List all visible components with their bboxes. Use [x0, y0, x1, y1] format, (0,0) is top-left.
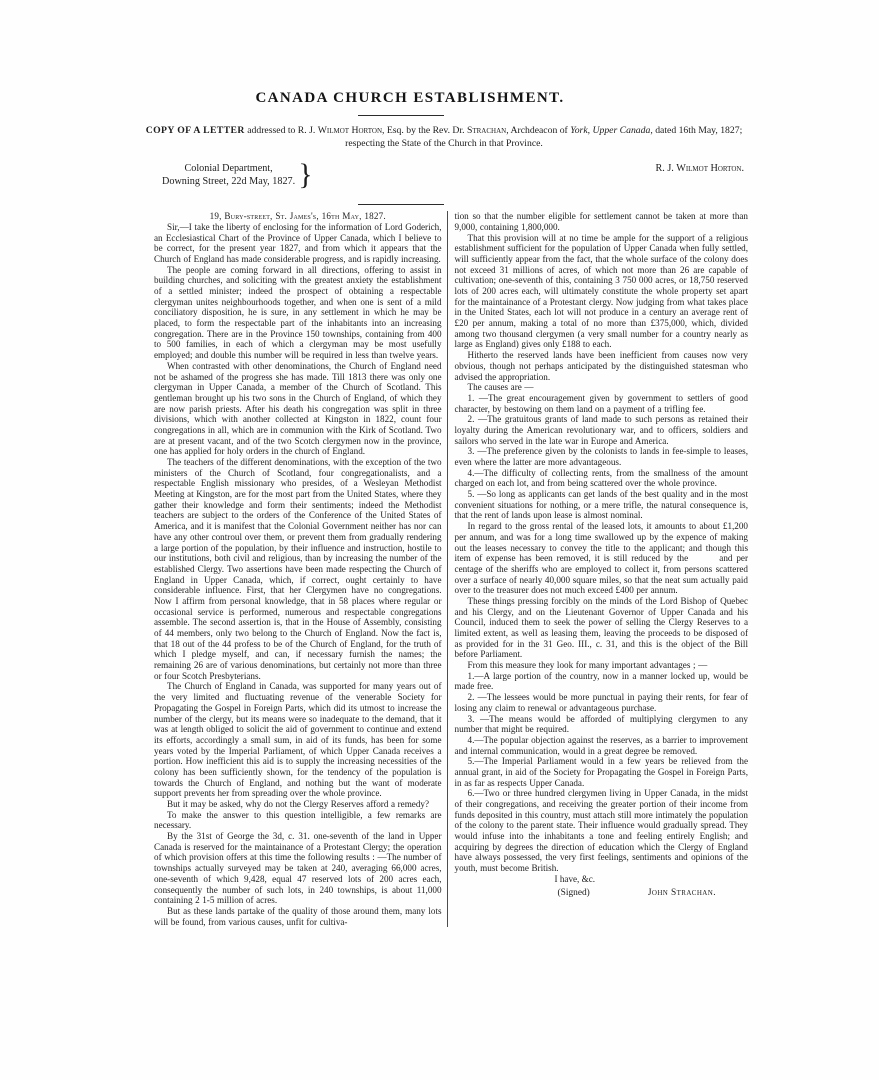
paragraph: But it may be asked, why do not the Cler… — [154, 799, 442, 810]
title-divider-rule — [358, 115, 444, 116]
letter-subtitle: COPY OF A LETTER addressed to R. J. Wilm… — [140, 125, 748, 150]
document-content: CANADA CHURCH ESTABLISHMENT. COPY OF A L… — [140, 90, 748, 927]
subtitle-segment: York, Upper Canada — [570, 125, 650, 136]
dateline-address: Colonial Department, Downing Street, 22d… — [162, 162, 295, 188]
paragraph: 19, Bury-street, St. James's, 16th May, … — [154, 211, 442, 222]
paragraph: By the 31st of George the 3d, c. 31. one… — [154, 831, 442, 906]
section-divider-rule — [358, 204, 444, 205]
paragraph: The people are coming forward in all dir… — [154, 265, 442, 361]
subtitle-segment: Strachan — [467, 125, 506, 136]
paragraph: When contrasted with other denominations… — [154, 361, 442, 457]
dateline-left-block: Colonial Department, Downing Street, 22d… — [162, 161, 313, 189]
paragraph: 1.—A large portion of the country, now i… — [455, 671, 748, 692]
paragraph: 2. —The gratuitous grants of land made t… — [455, 414, 748, 446]
paragraph: In regard to the gross rental of the lea… — [455, 521, 748, 596]
right-column: tion so that the number eligible for set… — [448, 211, 748, 927]
addressee-name: R. J. Wilmot Horton. — [655, 163, 744, 174]
paragraph: 4.—The popular objection against the res… — [455, 735, 748, 756]
right-column-text: tion so that the number eligible for set… — [455, 211, 748, 874]
paragraph: Hitherto the reserved lands have been in… — [455, 350, 748, 382]
paragraph: 1. —The great encouragement given by gov… — [455, 393, 748, 414]
dateline-department: Colonial Department, — [162, 162, 295, 175]
paragraph: 5.—The Imperial Parliament would in a fe… — [455, 756, 748, 788]
page-title: CANADA CHURCH ESTABLISHMENT. — [106, 90, 714, 107]
paragraph: tion so that the number eligible for set… — [455, 211, 748, 232]
subtitle-segment: COPY OF A LETTER — [146, 125, 245, 136]
subtitle-segment: , Archdeacon of — [506, 125, 570, 136]
signed-label: (Signed) — [558, 888, 590, 898]
paragraph: 3. —The preference given by the colonist… — [455, 446, 748, 467]
brace-glyph: } — [298, 161, 312, 189]
subtitle-segment: , Esq. by the Rev. Dr. — [382, 125, 467, 136]
paragraph: These things pressing forcibly on the mi… — [455, 596, 748, 660]
paragraph: 3. —The means would be afforded of multi… — [455, 714, 748, 735]
paragraph: That this provision will at no time be a… — [455, 233, 748, 351]
left-column: 19, Bury-street, St. James's, 16th May, … — [154, 211, 447, 927]
valediction: I have, &c. — [455, 874, 748, 885]
paragraph: 2. —The lessees would be more punctual i… — [455, 692, 748, 713]
paragraph: The teachers of the different denominati… — [154, 457, 442, 681]
two-column-text: 19, Bury-street, St. James's, 16th May, … — [154, 211, 748, 927]
dateline-street-date: Downing Street, 22d May, 1827. — [162, 175, 295, 188]
subtitle-segment: Wilmot Horton — [318, 125, 382, 136]
paragraph: From this measure they look for many imp… — [455, 660, 748, 671]
paragraph: 5. —So long as applicants can get lands … — [455, 489, 748, 521]
signature-row: (Signed) John Strachan. — [455, 888, 748, 898]
subtitle-segment: addressed to R. J. — [245, 125, 318, 136]
paragraph: The Church of England in Canada, was sup… — [154, 681, 442, 799]
dateline: Colonial Department, Downing Street, 22d… — [140, 159, 748, 199]
paragraph: 4.—The difficulty of collecting rents, f… — [455, 468, 748, 489]
paragraph: But as these lands partake of the qualit… — [154, 906, 442, 927]
paragraph: To make the answer to this question inte… — [154, 810, 442, 831]
signature-name: John Strachan. — [648, 888, 716, 898]
scanned-document-page: { "document": { "title": "CANADA CHURCH … — [0, 0, 879, 1080]
paragraph: Sir,—I take the liberty of enclosing for… — [154, 222, 442, 265]
paragraph: 6.—Two or three hundred clergymen living… — [455, 788, 748, 874]
paragraph: The causes are — — [455, 382, 748, 393]
